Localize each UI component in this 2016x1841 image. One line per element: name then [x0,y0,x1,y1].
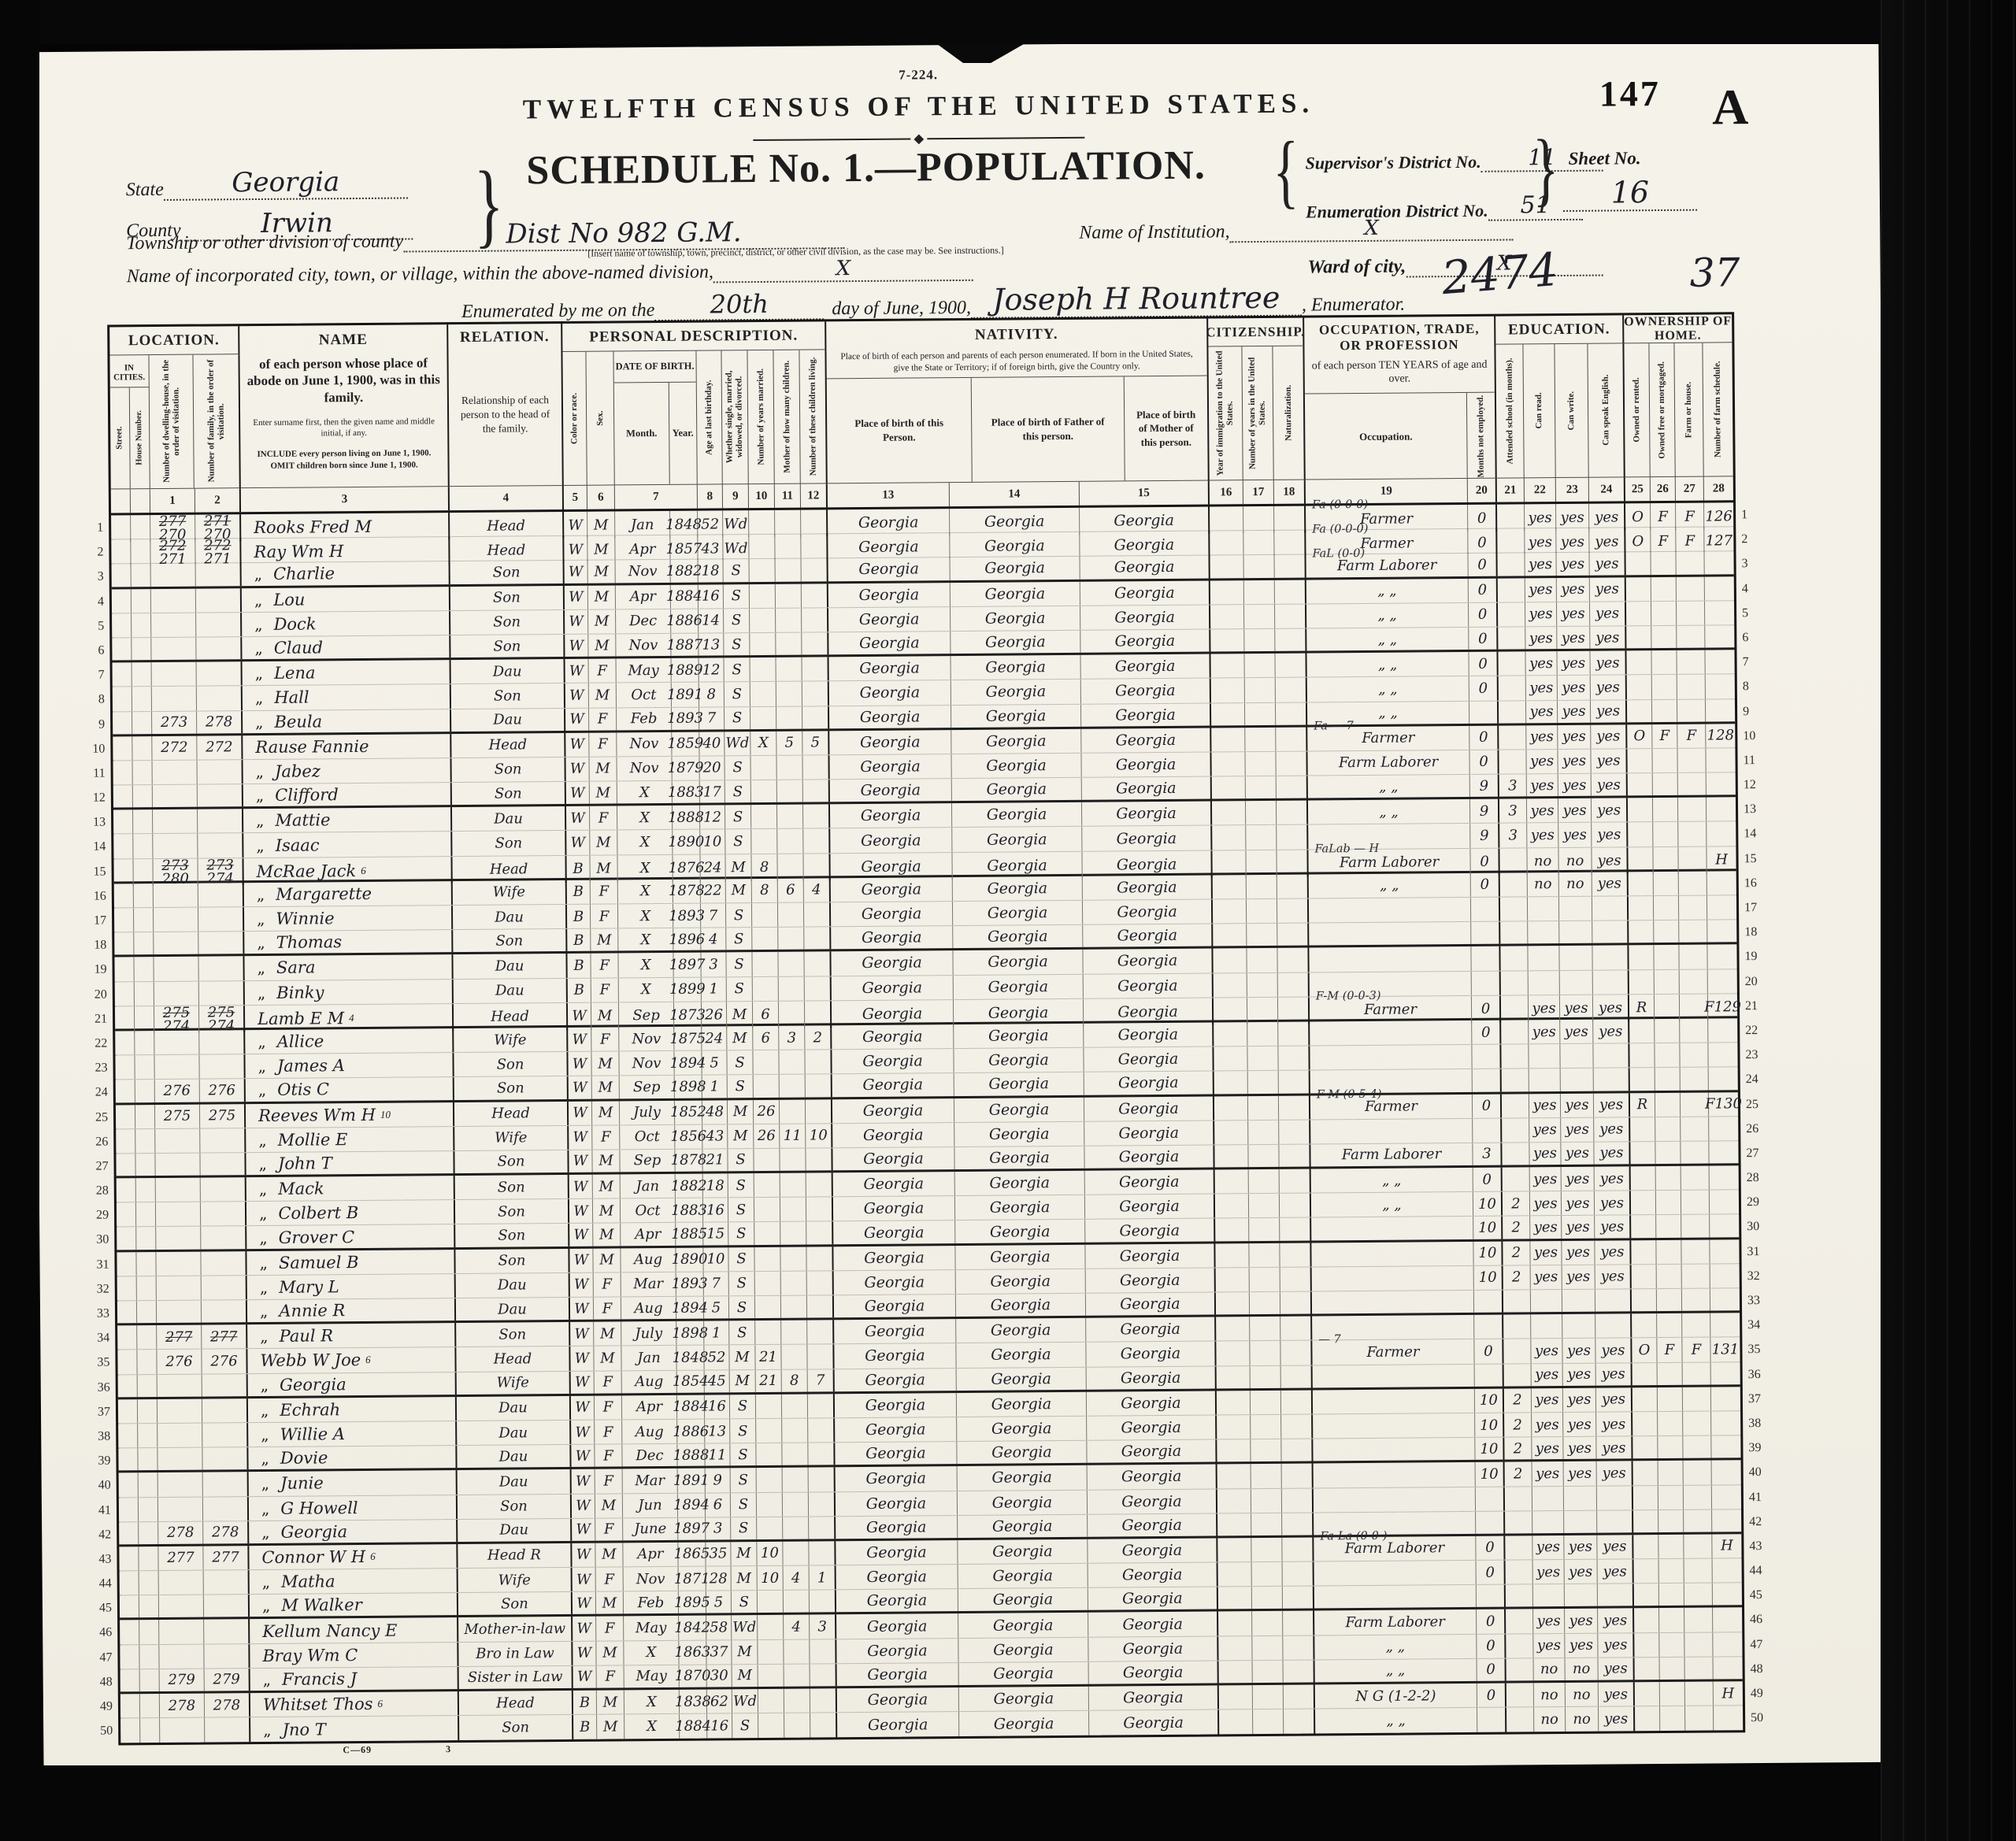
cell-yr: 1838 [680,1690,707,1713]
cell-fam: 273274 [198,858,243,886]
cell-occ: „ „ [1306,578,1469,603]
cell-mk: 3 [779,1025,805,1049]
col-header-months-not-employed: Months not employed. [1467,392,1495,480]
cell-bm: Georgia [1083,949,1213,973]
cell-mne: 0 [1468,505,1497,532]
cell-yr: 1898 [675,1076,702,1098]
cell-mk [776,657,802,681]
cell-house [132,712,152,734]
cell-occ: Farm Laborer [1314,1609,1477,1635]
cell-c18 [1276,702,1307,725]
cell-occ [1313,1438,1475,1461]
cell-dw [160,1718,205,1743]
cell-wr: yes [1564,1461,1597,1486]
cell-o28 [1706,675,1735,698]
line-number: 4 [74,589,104,613]
cell-o25 [1635,1706,1660,1731]
cell-bf: Georgia [955,1244,1085,1269]
line-number: 13 [1744,797,1773,821]
col-header-dwelling-number: Number of dwelling-house, in the order o… [149,355,195,488]
cell-mne: 9 [1470,824,1499,847]
cell-o28 [1714,1706,1743,1730]
cell-rd: yes [1525,504,1556,532]
cell-rel: Dau [458,1469,572,1494]
cell-yr: 1891 [672,683,699,706]
cell-wr: yes [1560,995,1593,1022]
cell-mne: 10 [1475,1413,1504,1437]
line-number: 49 [1751,1681,1781,1706]
cell-occ: Fa-La (0-0-)Farm Laborer [1314,1536,1476,1561]
cell-house [133,859,153,886]
cell-house [133,834,153,858]
cell-c16 [1218,1587,1252,1609]
cell-house [137,1276,157,1300]
cell-rel: Dau [451,659,565,683]
cell-sp: yes [1599,1682,1635,1706]
cell-c16 [1214,1046,1247,1071]
cell-c17 [1253,1685,1284,1709]
column-number [131,489,150,513]
cell-mo: X [624,1690,680,1714]
cell-dw [151,638,196,661]
cell-ym [758,1689,784,1713]
cell-mo: Nov [617,757,672,781]
cell-occ: Farm Laborer [1307,750,1469,776]
cell-att [1504,1364,1532,1386]
cell-o26: F [1651,503,1676,530]
cell-bp: Georgia [828,533,950,561]
cell-cl: 1 [810,1565,836,1589]
cell-occ [1314,1487,1476,1512]
cell-o27 [1684,1485,1712,1509]
cell-o28 [1710,1215,1739,1237]
cell-s: M [588,609,616,633]
cell-bp: Georgia [829,680,951,705]
cell-mo: X [618,953,673,977]
cell-o25 [1629,970,1655,994]
line-number: 9 [1743,698,1773,723]
cell-bp: Georgia [829,656,951,680]
cell-s: M [587,511,615,538]
cell-o26 [1652,699,1677,721]
cell-c18 [1281,1439,1313,1462]
cell-dw [154,883,198,907]
cell-age: 7 [699,707,724,729]
cell-bm: Georgia [1086,1268,1216,1292]
cell-house [139,1547,158,1570]
cell-name: „Grover C [246,1224,455,1248]
cell-rel: Dau [452,806,566,831]
cell-c18 [1283,1562,1314,1587]
cell-mo: Nov [624,1567,679,1591]
cell-o25: O [1625,528,1651,554]
cell-dw [156,1251,201,1276]
cell-c: W [565,758,589,781]
cell-bf: Georgia [951,631,1080,654]
cell-rd: yes [1527,823,1558,847]
cell-yr: 1885 [676,1223,703,1245]
cell-yr: 1894 [674,1051,702,1075]
cell-c18 [1284,1685,1315,1709]
cell-sp: yes [1592,823,1628,847]
cell-o27 [1679,896,1707,920]
incorporated-city-label: Name of incorporated city, town, or vill… [127,261,713,287]
col-header-citizenship: CITIZENSHIP. [1208,318,1304,347]
cell-c: W [565,585,588,609]
cell-bp: Georgia [831,926,953,949]
line-number: 32 [1747,1264,1777,1288]
cell-c16 [1217,1513,1251,1536]
cell-street [114,932,134,954]
cell-c17 [1253,1709,1284,1734]
cell-c17 [1243,506,1274,533]
cell-bm: Georgia [1085,1219,1215,1242]
cell-o27 [1677,601,1705,624]
cell-age: 16 [705,1395,730,1418]
col-header-sex: Sex. [586,351,614,485]
cell-o25 [1628,823,1653,846]
cell-ym [754,1075,780,1097]
cell-name: Kellum Nancy E [250,1617,458,1643]
cell-c18 [1275,654,1306,678]
cell-o28 [1713,1632,1742,1656]
cell-age: 52 [704,1346,729,1369]
cell-o25 [1630,1068,1655,1090]
line-number: 25 [1746,1091,1776,1116]
cell-bp: Georgia [832,1049,954,1073]
cell-c16 [1210,580,1244,605]
cell-att: 2 [1503,1265,1531,1289]
cell-yr: 1886 [671,609,699,632]
cell-o25: O [1625,503,1651,530]
cell-c17 [1243,531,1274,557]
cell-o27 [1680,969,1708,993]
cell-mo: Feb [617,707,672,730]
cell-sp: yes [1589,503,1625,531]
cell-cl [803,829,830,853]
cell-c: W [568,1052,591,1076]
cell-c16 [1216,1342,1250,1366]
cell-c17 [1251,1415,1281,1439]
cell-fam [202,1300,247,1323]
column-number: 25 [1625,477,1651,501]
cell-s: F [591,904,618,928]
cell-cl [810,1591,836,1613]
cell-wr: no [1558,847,1592,875]
cell-att [1500,946,1528,970]
cell-sp: yes [1599,1706,1635,1732]
line-number: 33 [1747,1288,1777,1313]
col-header-mother-of: Mother of how many children. [773,350,800,484]
cell-ym [750,583,776,607]
cell-o26 [1655,1043,1680,1067]
cell-dw [151,588,196,613]
cell-bp: Georgia [829,754,951,779]
line-number: 39 [80,1449,110,1473]
cell-mo: May [624,1665,680,1688]
cell-att [1502,1069,1529,1091]
cell-c18 [1277,874,1309,898]
cell-o28 [1707,798,1736,821]
cell-o27 [1678,846,1707,873]
cell-c: W [573,1617,596,1640]
cell-rd [1529,1044,1560,1069]
cell-mar: S [731,1493,757,1517]
cell-wr: yes [1561,1093,1594,1117]
cell-o25 [1630,1142,1655,1164]
cell-name: „Margarette [244,881,453,906]
cell-dw [154,908,198,932]
cell-mk [780,1222,806,1244]
cell-rel: Dau [456,1273,570,1298]
cell-bm: Georgia [1083,924,1213,947]
cell-age: 45 [705,1370,730,1392]
cell-c: W [571,1371,595,1393]
cell-mar: S [724,707,750,729]
cell-mne: 0 [1472,1021,1501,1044]
line-number: 33 [80,1302,109,1326]
cell-mne: 10 [1476,1462,1505,1486]
cell-fam [202,1398,248,1423]
cell-c16 [1210,506,1243,534]
cell-c16 [1214,973,1247,998]
cell-o25 [1629,896,1654,920]
cell-ym [751,780,777,802]
cell-c17 [1247,998,1278,1024]
column-number: 22 [1525,478,1556,502]
cell-yr: 1890 [673,830,700,854]
cell-age: 22 [701,879,726,902]
cell-age: 40 [699,732,724,755]
line-number: 12 [76,786,106,810]
cell-sp [1593,1043,1629,1068]
cell-age: 16 [703,1198,728,1222]
cell-mk [783,1492,809,1516]
cell-age: 8 [699,683,724,706]
cell-rd: yes [1532,1364,1563,1387]
cell-cl: 5 [802,731,829,754]
line-number: 8 [75,687,105,712]
line-number: 48 [83,1669,113,1694]
cell-c: B [567,880,591,904]
cell-c: W [566,782,590,804]
cell-rd: yes [1532,1388,1563,1413]
line-number: 14 [76,835,106,859]
line-number: 28 [1747,1165,1777,1190]
line-number: 13 [76,810,106,835]
cell-mar: S [728,1198,754,1221]
cell-occ [1311,1242,1473,1267]
cell-o25 [1631,1240,1656,1264]
line-number: 27 [1746,1141,1776,1165]
cell-bm: Georgia [1088,1538,1217,1562]
cell-c18 [1283,1587,1314,1609]
cell-o25 [1635,1682,1660,1706]
cell-o26 [1657,1289,1682,1311]
cell-s: M [594,1346,621,1370]
cell-att [1499,750,1526,773]
cell-mk [777,854,803,880]
cell-c17 [1252,1635,1283,1659]
cell-c16 [1214,1145,1248,1168]
cell-mk [779,1050,805,1074]
cell-name: „Lena [243,660,451,685]
col-header-children-living: Number of these children living. [799,350,827,483]
cell-bm: Georgia [1087,1415,1217,1439]
cell-dw [157,1424,202,1448]
cell-bp: Georgia [836,1565,958,1589]
cell-s: F [591,978,619,1002]
cell-street [112,589,132,613]
cell-ym [758,1713,784,1738]
cell-house [138,1424,157,1447]
line-number: 8 [1743,674,1773,698]
cell-dw [156,1227,201,1250]
cell-age: 1 [704,1321,729,1345]
cell-bf: Georgia [957,1392,1087,1417]
cell-yr: 1879 [672,756,699,780]
cell-dw [153,834,198,858]
cell-cl: 2 [805,1025,832,1049]
cell-mo: X [619,977,674,1002]
cell-mar: S [728,1149,754,1171]
cell-c: B [566,855,590,882]
cell-o25: O [1627,724,1652,748]
cell-age: 1 [702,977,727,1001]
cell-c17 [1250,1317,1280,1340]
col-header-month: Month. [614,383,670,485]
cell-dw [154,1031,199,1055]
cell-c18 [1279,1095,1310,1120]
cell-sp: yes [1596,1363,1632,1386]
cell-c17 [1245,728,1276,751]
cell-o26 [1659,1632,1684,1656]
cell-mo: July [621,1321,676,1346]
cell-mar: Wd [732,1689,758,1713]
cell-mo: Nov [617,732,672,757]
cell-mo: X [624,1714,680,1739]
cell-bf: Georgia [958,1465,1088,1490]
cell-bp: Georgia [836,1540,958,1565]
cell-wr [1562,1314,1595,1339]
cell-wr: yes [1558,823,1592,847]
line-number: 11 [1743,748,1773,772]
page-stamp-letter: A [1712,78,1749,136]
cell-age: 43 [702,1124,728,1148]
cell-mar: Wd [724,732,750,755]
cell-c: W [565,708,589,730]
cell-cl [809,1541,836,1565]
cell-bm: Georgia [1088,1465,1217,1489]
line-number: 41 [1749,1484,1779,1509]
cell-mk [784,1713,810,1738]
cell-att [1498,627,1525,649]
cell-o26 [1651,650,1677,674]
cell-c: W [573,1568,596,1591]
cell-mar: S [727,977,753,1001]
cell-name: „Samuel B [246,1250,455,1275]
cell-wr: yes [1558,774,1592,797]
cell-mo: X [618,928,673,951]
cell-o25 [1626,650,1651,674]
cell-o25 [1633,1486,1658,1509]
col-header-farm-schedule: Number of farm schedule. [1703,343,1732,476]
cell-c17 [1244,654,1275,677]
cell-mk [779,976,805,1000]
cell-dw [154,1055,199,1080]
cell-ym [751,805,777,828]
cell-street [117,1202,136,1226]
cell-att [1502,1094,1529,1117]
cell-name: „Junie [249,1470,458,1495]
cell-bf: Georgia [956,1269,1086,1294]
cell-o26 [1658,1436,1683,1458]
cell-rd: yes [1532,1535,1564,1560]
col-header-marital: Whether single, married, widowed, or div… [721,350,748,484]
cell-rel: Son [459,1715,573,1740]
cell-street [115,1055,135,1079]
cell-fam [198,809,243,833]
cell-cl [802,632,828,654]
cell-s: M [591,1002,619,1029]
cell-mar: S [724,559,750,581]
line-number: 29 [1747,1190,1777,1214]
cell-bm: Georgia [1087,1440,1217,1463]
cell-bp: Georgia [831,902,953,926]
cell-house [134,883,154,907]
cell-bp: Georgia [828,509,950,536]
cell-fam [201,1251,246,1276]
district-brace-close: } [1532,127,1559,209]
page-stamp-number: 147 [1599,72,1661,115]
cell-mk [781,1345,807,1369]
line-number: 1 [73,516,103,540]
cell-mo: Nov [616,560,671,583]
cell-att [1503,1290,1531,1312]
cell-o28 [1711,1435,1740,1458]
cell-s: F [595,1518,623,1540]
cell-mk [776,583,802,607]
cell-c17 [1247,924,1277,946]
census-table-body: 277270271270Rooks Fred MHeadWMJan184852W… [111,502,1743,1743]
cell-rel: Son [455,1175,569,1199]
cell-occ: „ „ [1306,652,1469,677]
cell-dw: 275274 [154,1006,199,1033]
cell-street [120,1571,139,1595]
cell-ym: 6 [753,1026,779,1050]
cell-o26 [1658,1362,1683,1384]
cell-wr: yes [1558,724,1591,749]
col-header-bp-person: Place of birth of this Person. [827,378,973,483]
cell-o27 [1685,1682,1714,1706]
cell-att: 2 [1504,1413,1532,1436]
cell-mar: M [727,1002,753,1028]
cell-rd: yes [1525,553,1556,576]
census-table: LOCATION. NAME of each person whose plac… [107,312,1745,1746]
cell-c16 [1219,1661,1253,1684]
cell-yr: 1894 [676,1297,704,1319]
cell-o27 [1682,1264,1710,1287]
cell-o27 [1681,1215,1710,1237]
cell-c: W [570,1272,594,1296]
cell-name: „Georgia [248,1372,457,1396]
col-header-bp-father: Place of birth of Father of this person. [972,376,1125,482]
line-number: 24 [1746,1067,1776,1091]
cell-rel: Sister in Law [459,1666,573,1689]
cell-o26 [1653,822,1678,846]
cell-rd: yes [1530,1191,1562,1216]
column-number: 10 [749,484,775,508]
